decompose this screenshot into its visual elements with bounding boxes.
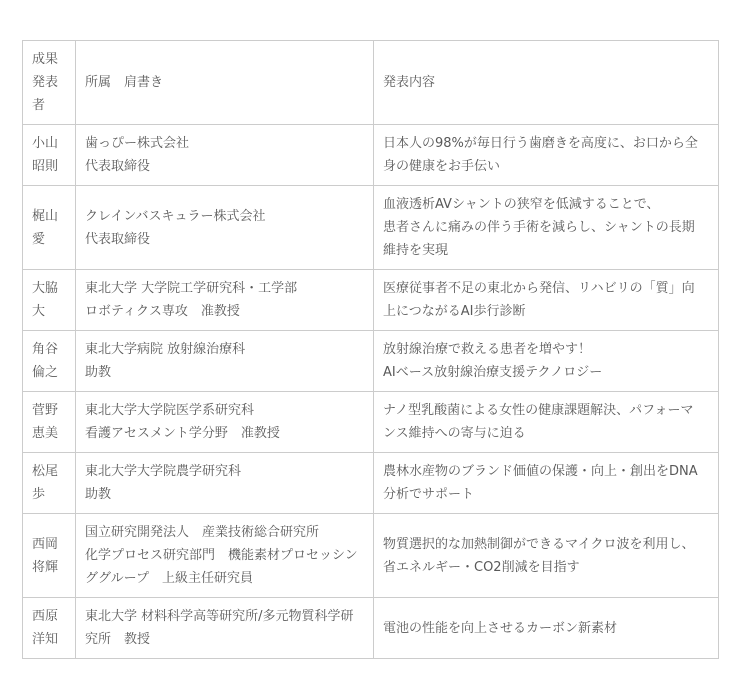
header-content: 発表内容 — [374, 41, 719, 125]
table-row: 菅野 恵美 東北大学大学院医学系研究科 看護アセスメント学分野 准教授 ナノ型乳… — [23, 392, 719, 453]
affiliation-title: 東北大学 材料科学高等研究所/多元物質科学研 究所 教授 — [76, 598, 374, 659]
presentation-content: 医療従事者不足の東北から発信、リハビリの「質」向 上につながるAI歩行診断 — [374, 270, 719, 331]
presenter-name: 大脇 大 — [23, 270, 76, 331]
presenter-name: 西原 洋知 — [23, 598, 76, 659]
presentation-content: 血液透析AVシャントの狭窄を低減することで、 患者さんに痛みの伴う手術を減らし、… — [374, 186, 719, 270]
presenter-name: 松尾 歩 — [23, 453, 76, 514]
table-header-row: 成果 発表 者 所属 肩書き 発表内容 — [23, 41, 719, 125]
affiliation-title: 東北大学大学院農学研究科 助教 — [76, 453, 374, 514]
table-row: 梶山 愛 クレインバスキュラー株式会社 代表取締役 血液透析AVシャントの狭窄を… — [23, 186, 719, 270]
presenter-name: 梶山 愛 — [23, 186, 76, 270]
presentation-content: 物質選択的な加熱制御ができるマイクロ波を利用し、 省エネルギー・CO2削減を目指… — [374, 514, 719, 598]
header-affiliation: 所属 肩書き — [76, 41, 374, 125]
table-row: 西岡 将輝 国立研究開発法人 産業技術総合研究所 化学プロセス研究部門 機能素材… — [23, 514, 719, 598]
header-presenter: 成果 発表 者 — [23, 41, 76, 125]
document-page: 成果 発表 者 所属 肩書き 発表内容 小山 昭則 歯っぴー株式会社 代表取締役… — [0, 0, 740, 692]
affiliation-title: 歯っぴー株式会社 代表取締役 — [76, 125, 374, 186]
presentation-content: 日本人の98%が毎日行う歯磨きを高度に、お口から全 身の健康をお手伝い — [374, 125, 719, 186]
presenters-table: 成果 発表 者 所属 肩書き 発表内容 小山 昭則 歯っぴー株式会社 代表取締役… — [22, 40, 719, 659]
presentation-content: ナノ型乳酸菌による女性の健康課題解決、パフォーマ ンス維持への寄与に迫る — [374, 392, 719, 453]
presenter-name: 角谷 倫之 — [23, 331, 76, 392]
affiliation-title: 東北大学 大学院工学研究科・工学部 ロボティクス専攻 准教授 — [76, 270, 374, 331]
presentation-content: 電池の性能を向上させるカーボン新素材 — [374, 598, 719, 659]
table-row: 西原 洋知 東北大学 材料科学高等研究所/多元物質科学研 究所 教授 電池の性能… — [23, 598, 719, 659]
table-row: 大脇 大 東北大学 大学院工学研究科・工学部 ロボティクス専攻 准教授 医療従事… — [23, 270, 719, 331]
table-row: 角谷 倫之 東北大学病院 放射線治療科 助教 放射線治療で救える患者を増やす！ … — [23, 331, 719, 392]
affiliation-title: 国立研究開発法人 産業技術総合研究所 化学プロセス研究部門 機能素材プロセッシン… — [76, 514, 374, 598]
table-row: 小山 昭則 歯っぴー株式会社 代表取締役 日本人の98%が毎日行う歯磨きを高度に… — [23, 125, 719, 186]
affiliation-title: クレインバスキュラー株式会社 代表取締役 — [76, 186, 374, 270]
presenter-name: 菅野 恵美 — [23, 392, 76, 453]
affiliation-title: 東北大学大学院医学系研究科 看護アセスメント学分野 准教授 — [76, 392, 374, 453]
presentation-content: 農林水産物のブランド価値の保護・向上・創出をDNA 分析でサポート — [374, 453, 719, 514]
presenter-name: 小山 昭則 — [23, 125, 76, 186]
presenter-name: 西岡 将輝 — [23, 514, 76, 598]
table-row: 松尾 歩 東北大学大学院農学研究科 助教 農林水産物のブランド価値の保護・向上・… — [23, 453, 719, 514]
presentation-content: 放射線治療で救える患者を増やす！ AIベース放射線治療支援テクノロジー — [374, 331, 719, 392]
affiliation-title: 東北大学病院 放射線治療科 助教 — [76, 331, 374, 392]
